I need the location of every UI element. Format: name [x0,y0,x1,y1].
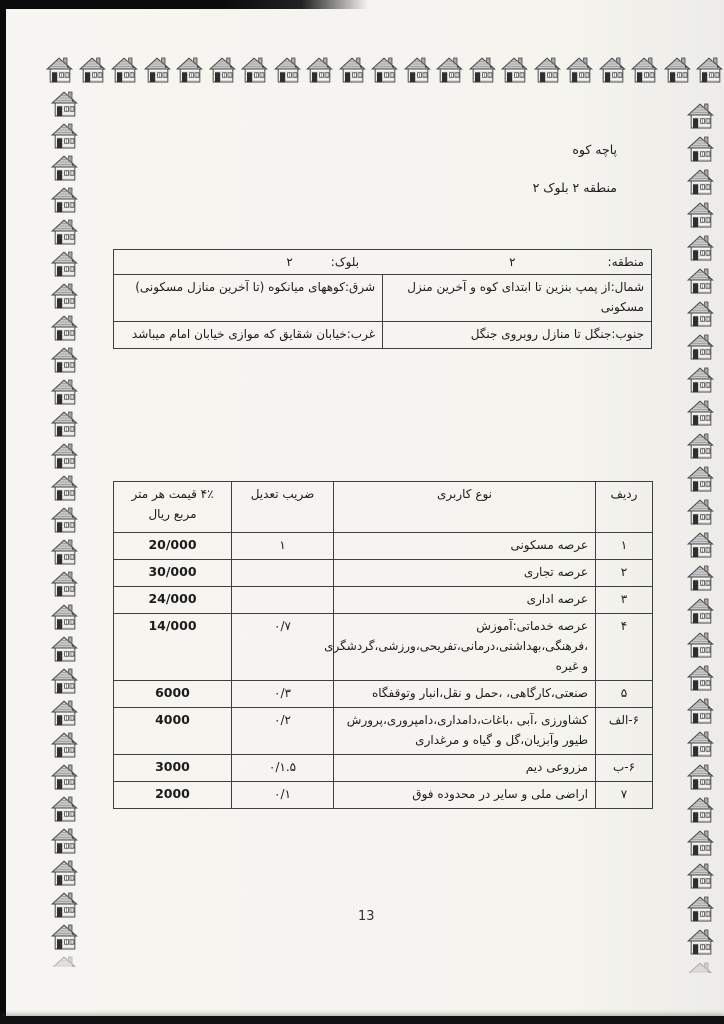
boundary-east-cell: شرق:کوههای میانکوه (تا آخرین منازل مسکون… [114,275,383,322]
scan-edge-top [0,0,368,9]
house-icon [51,763,79,790]
house-icon [404,56,432,83]
row-number-cell: ۶-ب [596,755,653,782]
price-cell: 14/000 [114,614,232,681]
house-icon [51,218,79,245]
house-icon [687,829,715,856]
region-label: منطقه: [608,252,644,272]
usage-cell: عرصه تجاری [334,560,596,587]
house-icon [46,56,74,83]
house-icon [696,56,724,83]
house-icon [51,122,79,149]
price-table: ردیف نوع کاربری ضریب تعدیل ۴٪ قیمت هر مت… [113,481,653,809]
house-icon [51,859,79,886]
house-icon [566,56,594,83]
house-icon [687,631,715,658]
row-number-cell: ۲ [596,560,653,587]
boundary-table: منطقه: ۲ بلوک: ۲ شمال:از پمپ بنزین تا اب… [113,249,652,349]
house-icon [306,56,334,83]
house-icon [687,333,715,360]
house-icon [687,796,715,823]
house-icon [79,56,107,83]
house-icon [687,267,715,294]
house-icon [51,186,79,213]
region-value: ۲ [509,252,515,272]
usage-cell: صنعتی،کارگاهی، ،حمل و نقل،انبار وتوقفگاه [334,681,596,708]
house-icon [51,923,79,950]
usage-cell: عرصه مسکونی [334,533,596,560]
house-icon [274,56,302,83]
house-icon [144,56,172,83]
house-icon [436,56,464,83]
coefficient-cell: ۰/۱.۵ [232,755,334,782]
row-number-cell: ۱ [596,533,653,560]
table-row: ۶-ب مزروعی دیم ۰/۱.۵ 3000 [114,755,653,782]
house-icon [241,56,269,83]
house-icon [371,56,399,83]
region-block-cell: منطقه: ۲ بلوک: ۲ [114,250,652,275]
block-value: ۲ [286,252,292,272]
house-icon [687,234,715,261]
table-row: ۵ صنعتی،کارگاهی، ،حمل و نقل،انبار وتوقفگ… [114,681,653,708]
house-icon [51,699,79,726]
coefficient-cell: ۰/۳ [232,681,334,708]
house-icon [469,56,497,83]
house-icon [501,56,529,83]
price-cell: 6000 [114,681,232,708]
table-row: ۱ عرصه مسکونی ۱ 20/000 [114,533,653,560]
house-icon [51,282,79,309]
boundary-west-cell: غرب:خیابان شقایق که موازی خیابان امام می… [114,322,383,349]
house-icon [687,730,715,757]
coefficient-cell [232,560,334,587]
house-icon [687,664,715,691]
house-icon [664,56,692,83]
table-row: شمال:از پمپ بنزین تا ابتدای کوه و آخرین … [114,275,652,322]
house-icon [687,366,715,393]
house-border-right [687,102,717,988]
house-border-left [51,90,81,982]
coefficient-cell: ۰/۱ [232,782,334,809]
coefficient-cell: ۰/۷ [232,614,334,681]
house-icon [51,378,79,405]
usage-cell: عرصه خدماتی:آموزش ،فرهنگی،بهداشتی،درمانی… [334,614,596,681]
house-icon [51,314,79,341]
house-icon [687,763,715,790]
price-cell: 20/000 [114,533,232,560]
house-icon [687,697,715,724]
header-usage: نوع کاربری [334,482,596,533]
house-icon [51,346,79,373]
house-icon [534,56,562,83]
usage-cell: عرصه اداری [334,587,596,614]
house-icon [599,56,627,83]
row-number-cell: ۴ [596,614,653,681]
house-icon [51,410,79,437]
house-icon [687,862,715,889]
coefficient-cell [232,587,334,614]
house-icon [687,135,715,162]
table-header-row: ردیف نوع کاربری ضریب تعدیل ۴٪ قیمت هر مت… [114,482,653,533]
house-icon [631,56,659,83]
house-icon [111,56,139,83]
usage-cell: کشاورزی ،آبی ،باغات،دامداری،دامپروری،پرو… [334,708,596,755]
house-icon [51,506,79,533]
house-icon [51,154,79,181]
house-icon [51,891,79,918]
house-icon [687,928,715,955]
house-icon [687,564,715,591]
header-coefficient: ضریب تعدیل [232,482,334,533]
house-icon [339,56,367,83]
coefficient-cell: ۱ [232,533,334,560]
house-border-top [46,56,724,86]
house-icon [687,895,715,922]
table-row: ۳ عرصه اداری 24/000 [114,587,653,614]
house-icon [687,300,715,327]
house-icon [51,442,79,469]
house-icon [209,56,237,83]
header-row-number: ردیف [596,482,653,533]
scanned-page: { "document": { "location_title": "پاچه … [0,0,724,1024]
title-block: پاچه کوه منطقه ۲ بلوک ۲ [533,142,617,196]
house-icon [51,570,79,597]
house-icon [687,498,715,525]
house-icon [687,399,715,426]
row-number-cell: ۶-الف [596,708,653,755]
table-row: ۷ اراضی ملی و سایر در محدوده فوق ۰/۱ 200… [114,782,653,809]
price-cell: 3000 [114,755,232,782]
house-icon [51,635,79,662]
price-cell: 2000 [114,782,232,809]
row-number-cell: ۵ [596,681,653,708]
house-icon [687,102,715,129]
house-icon [51,538,79,565]
page-number: 13 [358,909,375,924]
house-icon [51,667,79,694]
house-icon [687,168,715,195]
table-row: جنوب:جنگل تا منازل روبروی جنگل غرب:خیابا… [114,322,652,349]
house-icon [51,955,79,982]
scan-edge-bottom [0,1016,724,1024]
boundary-north-cell: شمال:از پمپ بنزین تا ابتدای کوه و آخرین … [383,275,652,322]
location-title: پاچه کوه [533,142,617,158]
table-row: ۲ عرصه تجاری 30/000 [114,560,653,587]
coefficient-cell: ۰/۲ [232,708,334,755]
house-icon [687,597,715,624]
house-icon [687,432,715,459]
house-icon [687,961,715,988]
usage-cell: اراضی ملی و سایر در محدوده فوق [334,782,596,809]
house-icon [176,56,204,83]
house-icon [51,90,79,117]
house-icon [687,465,715,492]
price-cell: 4000 [114,708,232,755]
house-icon [51,250,79,277]
house-icon [687,531,715,558]
block-label: بلوک: [331,252,359,272]
house-icon [51,827,79,854]
table-row: منطقه: ۲ بلوک: ۲ [114,250,652,275]
house-icon [687,201,715,228]
usage-cell: مزروعی دیم [334,755,596,782]
house-icon [51,474,79,501]
table-row: ۴ عرصه خدماتی:آموزش ،فرهنگی،بهداشتی،درما… [114,614,653,681]
price-cell: 30/000 [114,560,232,587]
house-icon [51,731,79,758]
table-row: ۶-الف کشاورزی ،آبی ،باغات،دامداری،دامپرو… [114,708,653,755]
price-cell: 24/000 [114,587,232,614]
header-price: ۴٪ قیمت هر متر مربع ریال [114,482,232,533]
house-icon [51,603,79,630]
region-block-title: منطقه ۲ بلوک ۲ [533,180,617,196]
row-number-cell: ۳ [596,587,653,614]
boundary-south-cell: جنوب:جنگل تا منازل روبروی جنگل [383,322,652,349]
row-number-cell: ۷ [596,782,653,809]
scan-edge-left [0,0,6,1024]
house-icon [51,795,79,822]
